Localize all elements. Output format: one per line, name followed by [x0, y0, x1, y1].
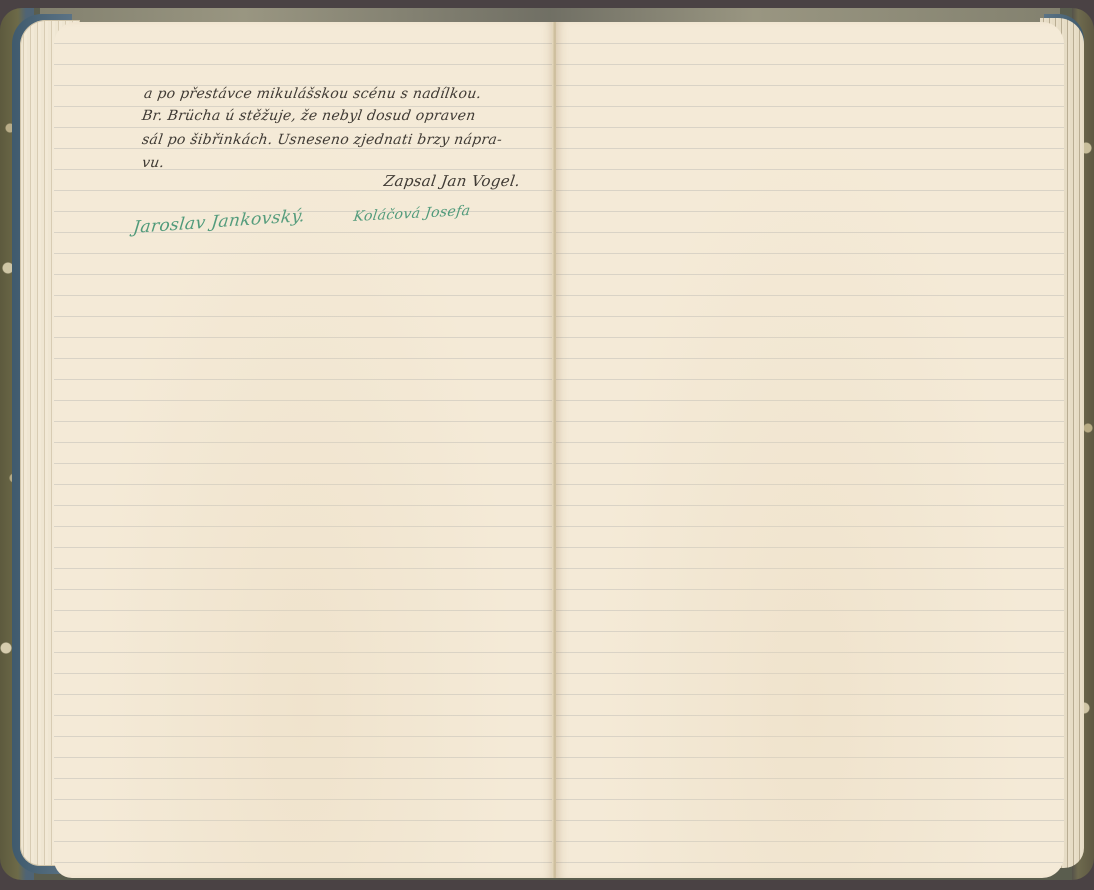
handwritten-line: a po přestávce mikulášskou scénu s nadíl…	[143, 86, 483, 102]
green-signature: Koláčová Josefa	[353, 203, 472, 225]
left-page: a po přestávce mikulášskou scénu s nadíl…	[54, 22, 554, 878]
handwritten-line: sál po šibřinkách. Usneseno zjednati brz…	[141, 132, 503, 148]
right-page-blank	[556, 22, 1064, 878]
green-signature: Jaroslav Jankovský.	[132, 206, 306, 238]
handwritten-line: Br. Brücha ú stěžuje, že nebyl dosud opr…	[141, 108, 477, 124]
handwritten-line: vu.	[141, 155, 166, 171]
notebook-scan: a po přestávce mikulášskou scénu s nadíl…	[0, 0, 1094, 890]
recorder-signature: Zapsal Jan Vogel.	[383, 172, 522, 190]
